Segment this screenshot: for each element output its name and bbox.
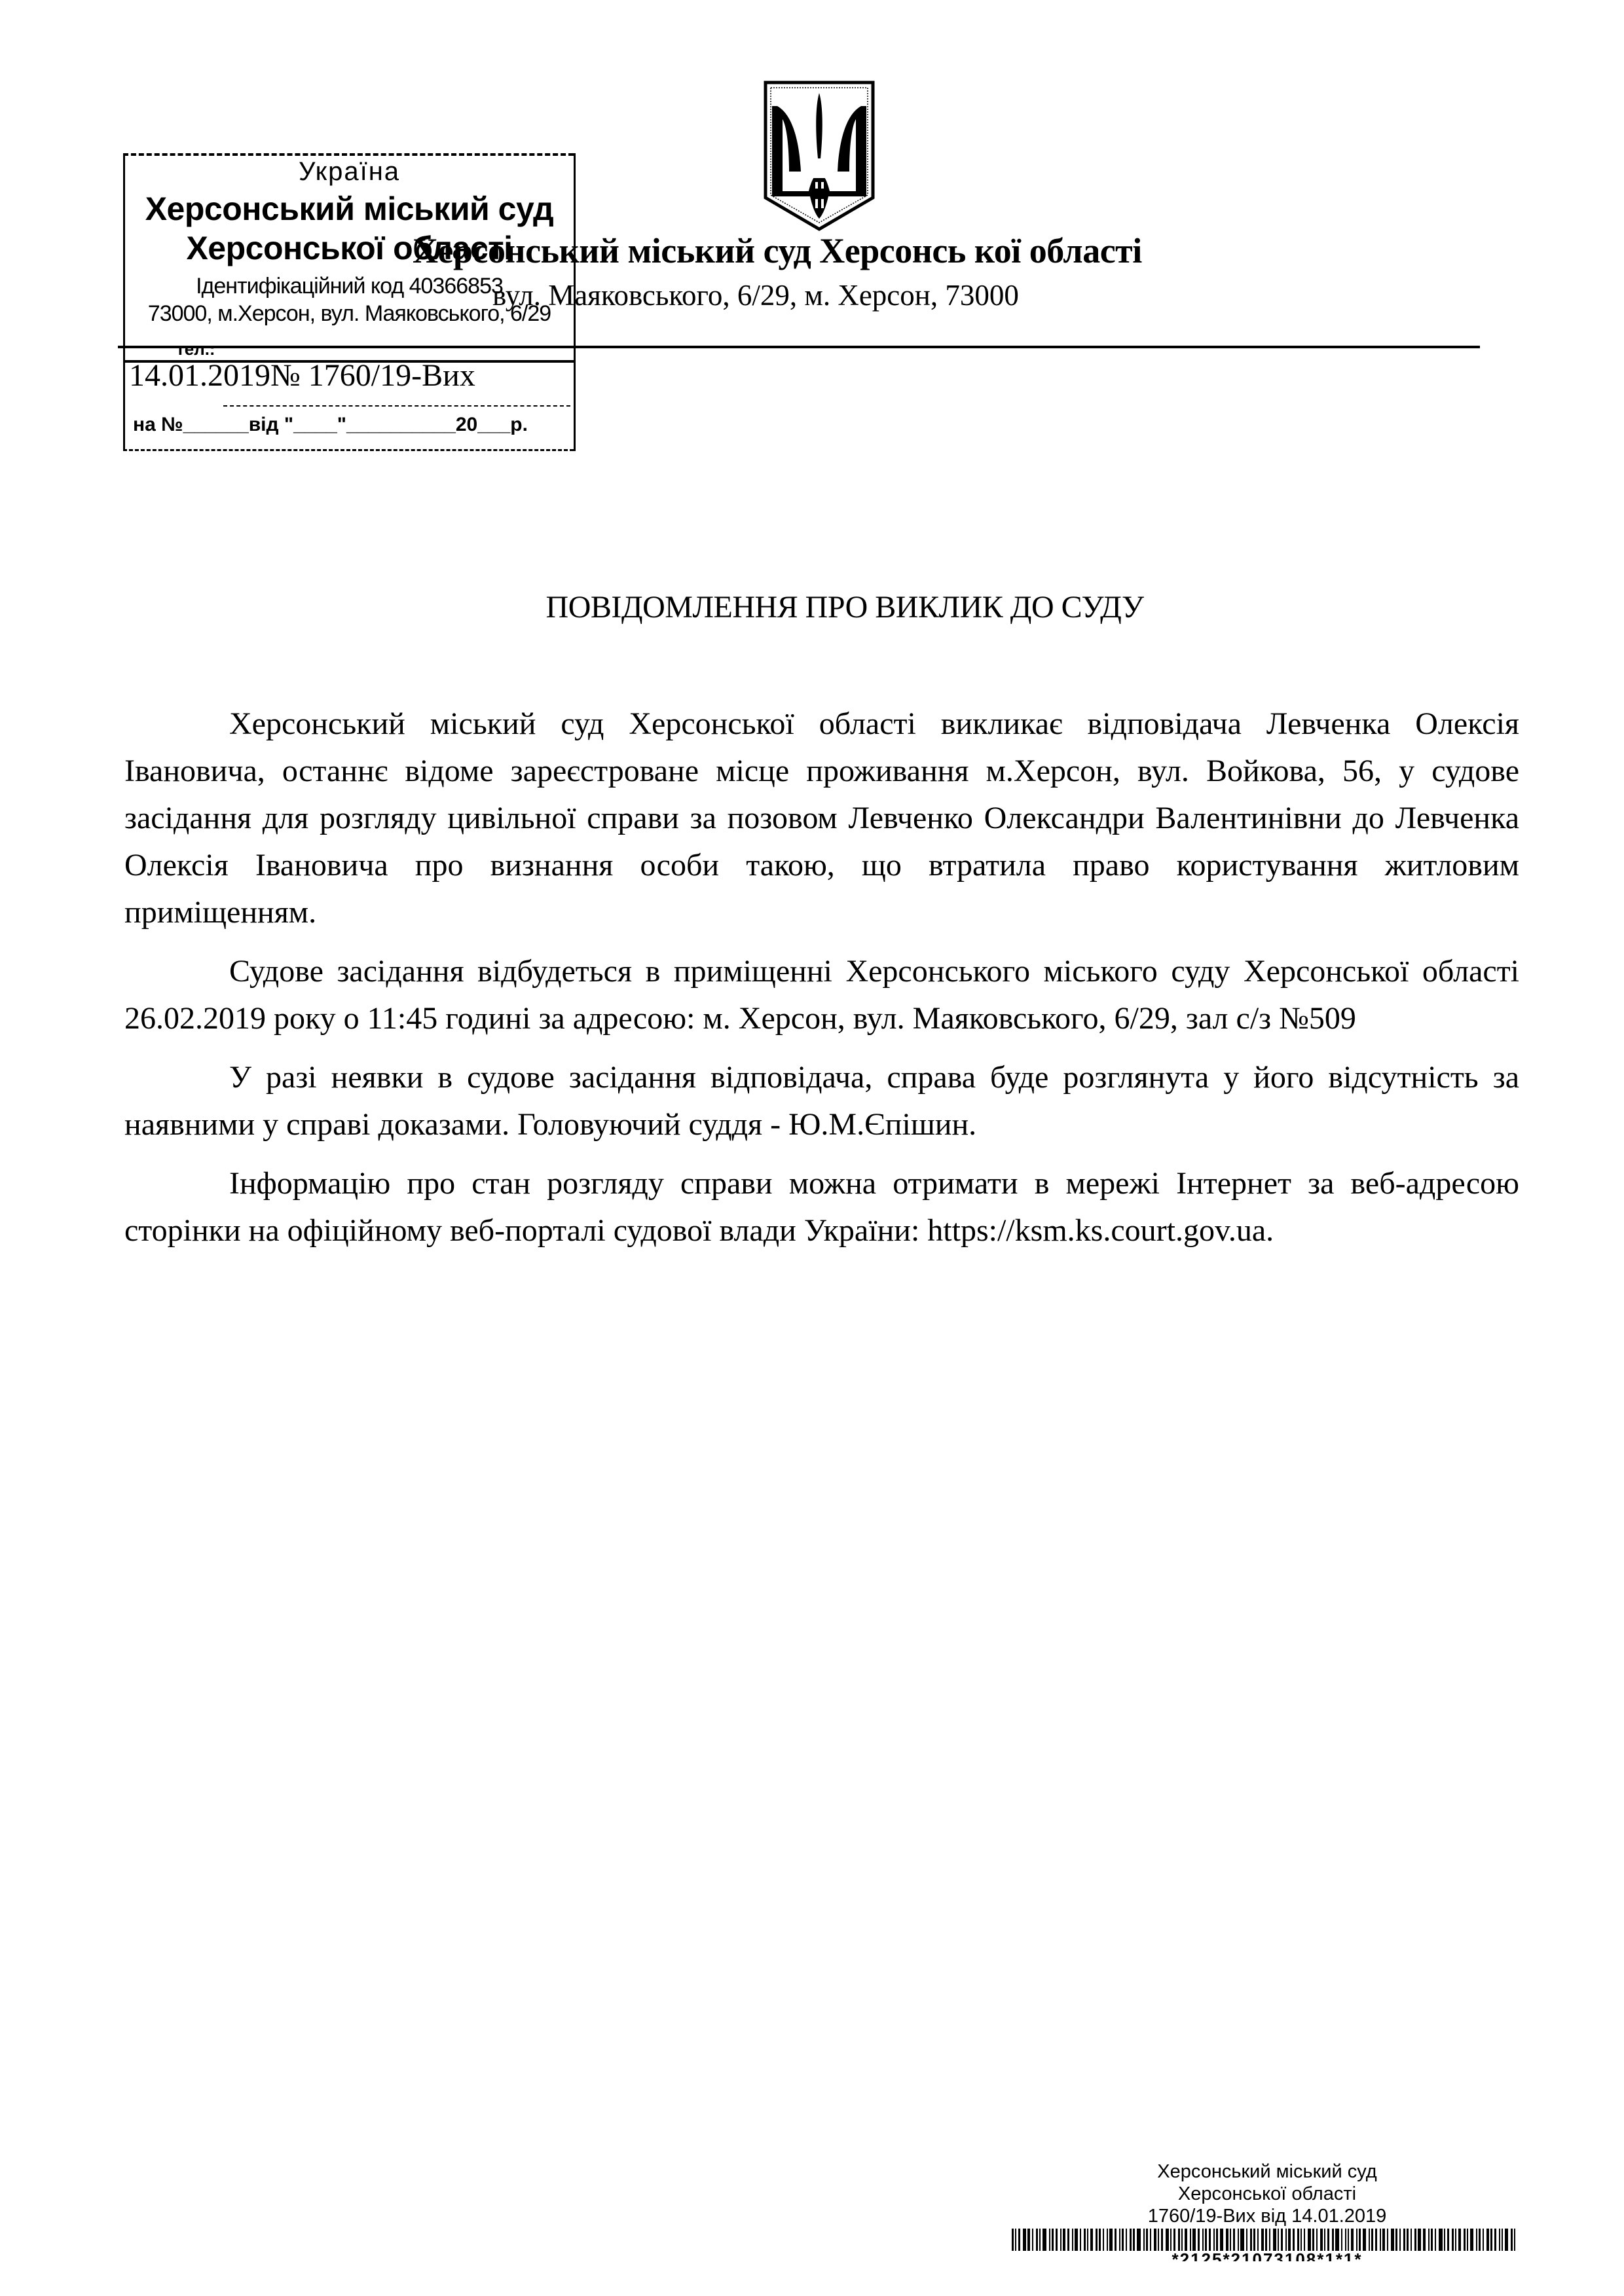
footer-registration: Херсонський міський суд Херсонської обла… bbox=[1012, 2160, 1522, 2261]
stamp-court-name-line1: Херсонський міський суд bbox=[125, 190, 574, 228]
stamp-tel-label: тел.: bbox=[176, 339, 215, 359]
paragraph-hearing: Судове засідання відбудеться в приміщенн… bbox=[124, 948, 1519, 1042]
paragraph-summons: Херсонський міський суд Херсонської обла… bbox=[124, 701, 1519, 936]
stamp-address: 73000, м.Херсон, вул. Маяковського, 6/29 bbox=[125, 301, 574, 327]
paragraph-absence: У разі неявки в судове засідання відпові… bbox=[124, 1054, 1519, 1148]
stamp-top-border bbox=[123, 153, 574, 156]
footer-reg-number: 1760/19-Вих від 14.01.2019 bbox=[1012, 2205, 1522, 2227]
coat-of-arms-icon bbox=[763, 80, 876, 232]
barcode-text: *2125*21073108*1*1* bbox=[1012, 2251, 1522, 2261]
footer-court-line1: Херсонський міський суд bbox=[1012, 2160, 1522, 2183]
document-title: ПОВІДОМЛЕННЯ ПРО ВИКЛИК ДО СУДУ bbox=[0, 589, 1624, 625]
document-body: Херсонський міський суд Херсонської обла… bbox=[124, 701, 1519, 1266]
stamp-bottom-border bbox=[123, 449, 574, 451]
paragraph-info: Інформацію про стан розгляду справи можн… bbox=[124, 1160, 1519, 1254]
footer-court-line2: Херсонської області bbox=[1012, 2183, 1522, 2205]
registration-stamp: Україна Херсонський міський суд Херсонсь… bbox=[123, 153, 576, 451]
stamp-country: Україна bbox=[125, 157, 574, 187]
stamp-outgoing-number: 14.01.2019№ 1760/19-Вих bbox=[129, 357, 475, 393]
stamp-reply-line: на №______від "____"__________20___р. bbox=[133, 414, 528, 436]
stamp-id-code: Ідентифікаційний код 40366853 bbox=[125, 274, 574, 299]
barcode-icon bbox=[1012, 2229, 1517, 2251]
stamp-court-name-line2: Херсонської області bbox=[125, 229, 574, 267]
stamp-underline bbox=[223, 405, 570, 407]
